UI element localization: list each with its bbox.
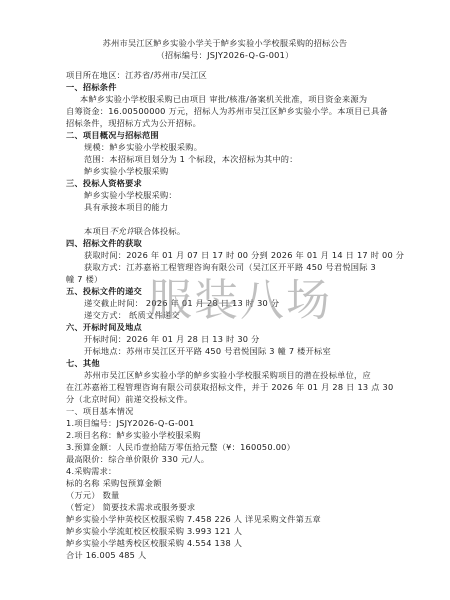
table-header: 标的名称 采购包预算金额: [66, 478, 400, 489]
text-line: 获取时间：2026 年 01 月 07 日 17 时 00 分到 2026 年 …: [84, 250, 418, 261]
table-row: 鲈乡实验小学仲英校区校服采购 7.458 226 人 详见采购文件第五章: [66, 514, 400, 525]
document-subtitle: （招标编号：JSJY2026-Q-G-001）: [0, 50, 450, 61]
table-row: 鲈乡实验小学流虹校区校服采购 3.993 121 人: [66, 526, 400, 537]
text-line: 获取方式：江苏嘉裕工程管理咨询有限公司（吴江区开平路 450 号君悦国际 3: [84, 262, 418, 273]
text-line: 鲈乡实验小学校服采购: [84, 166, 418, 177]
section-heading: 三、投标人资格要求: [66, 178, 400, 189]
announcement-page: 苏州市吴江区鲈乡实验小学关于鲈乡实验小学校服采购的招标公告 （招标编号：JSJY…: [0, 0, 450, 600]
table-header: （暂定） 简要技术需求或服务要求: [66, 502, 400, 513]
section-heading: 一、项目基本情况: [66, 406, 400, 417]
table-header: （万元） 数量: [66, 490, 400, 501]
paragraph-line: 招标条件，现招标方式为公开招标。: [66, 118, 400, 129]
procurement-needs: 4.采购需求：: [66, 466, 400, 477]
section-heading: 一、招标条件: [66, 82, 400, 93]
max-price: 最高限价：综合单价限价 330 元/人。: [66, 454, 400, 465]
paragraph-line: 苏州市吴江区鲈乡实验小学的鲈乡实验小学校服采购项目的潜在投标单位，应: [84, 370, 418, 381]
text-line: 递交截止时间： 2026 年 01 月 28 日 13 时 30 分: [84, 298, 418, 309]
project-region: 项目所在地区：江苏省/苏州市/吴江区: [66, 70, 400, 81]
text-line: 范围：本招标项目划分为 1 个标段，本次招标为其中的：: [84, 154, 418, 165]
project-code: 1.项目编号：JSJY2026-Q-G-001: [66, 418, 400, 429]
paragraph-line: 分（北京时间）前递交投标文件。: [66, 394, 400, 405]
consortium-note: 本项目不允许联合体投标。: [84, 226, 418, 237]
text-line: 开标时间：2026 年 01 月 28 日 13 时 30 分: [84, 334, 418, 345]
text-line: 递交方式： 纸质文件递交: [84, 310, 418, 321]
text-line: 鲈乡实验小学校服采购：: [84, 190, 418, 201]
paragraph-line: 在江苏嘉裕工程管理咨询有限公司获取招标文件，并于 2026 年 01 月 28 …: [66, 382, 400, 393]
text-line: 开标地点：苏州市吴江区开平路 450 号君悦国际 3 幢 7 楼开标室: [84, 346, 418, 357]
budget-amount: 3.预算金额：人民币壹拾陆万零伍拾元整（¥：160050.00）: [66, 442, 400, 453]
text-line: 规模：鲈乡实验小学校服采购。: [84, 142, 418, 153]
section-heading: 四、招标文件的获取: [66, 238, 400, 249]
table-total: 合计 16.005 485 人: [66, 550, 400, 561]
paragraph-line: 自筹资金：16.00500000 万元，招标人为苏州市吴江区鲈乡实验小学。本项目…: [66, 106, 400, 117]
text-line: 幢 7 楼）: [66, 274, 400, 285]
section-heading: 六、开标时间及地点: [66, 322, 400, 333]
section-heading: 七、其他: [66, 358, 400, 369]
paragraph-line: 本鲈乡实验小学校服采购已由项目 审批/核准/备案机关批准，项目资金来源为: [80, 94, 414, 105]
table-row: 鲈乡实验小学越秀校区校服采购 4.554 138 人: [66, 538, 400, 549]
section-heading: 五、投标文件的递交: [66, 286, 400, 297]
project-name: 2.项目名称：鲈乡实验小学校服采购: [66, 430, 400, 441]
section-heading: 二、项目概况与招标范围: [66, 130, 400, 141]
text-line: 具有承接本项目的能力: [84, 202, 418, 213]
document-title: 苏州市吴江区鲈乡实验小学关于鲈乡实验小学校服采购的招标公告: [0, 38, 450, 49]
